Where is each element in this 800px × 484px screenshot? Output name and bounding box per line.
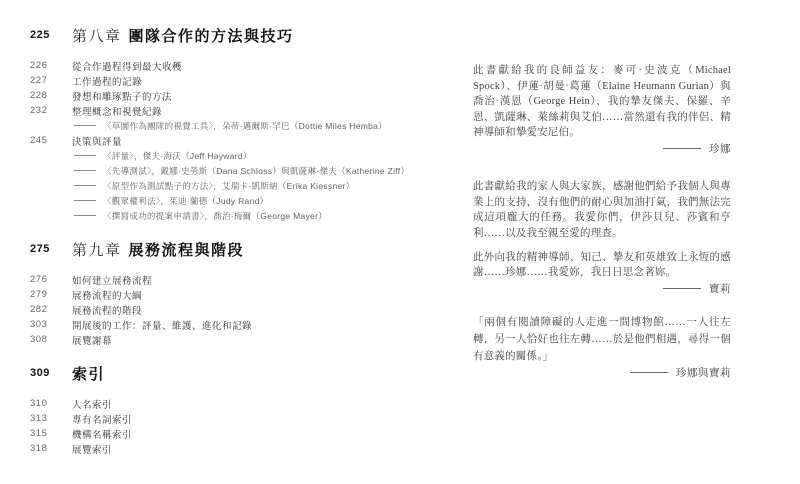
chapter-label: 第八章 <box>72 25 122 46</box>
toc-row-226: 226 從合作過程得到最大收穫 <box>30 58 460 73</box>
toc-entry: 整理概念和視覺紀錄 <box>72 104 162 118</box>
page-number: 310 <box>30 398 72 409</box>
signature-row: 珍娜與寶莉 <box>473 365 731 381</box>
dash-line <box>74 155 96 156</box>
essay-entry: 〈撰寫成功的提案申請書〉，喬治·梅爾（George Mayer） <box>103 210 327 222</box>
dedication-paragraph-3: 此外向我的精神導師、知己、摯友和英雄致上永恆的感謝……珍娜……我愛妳，我日日思念… <box>473 250 731 281</box>
toc-entry: 專有名詞索引 <box>72 412 132 426</box>
toc-essay-row: 〈評量〉，傑夫·海沃（Jeff Hayward） <box>30 148 460 163</box>
toc-essay-row: 〈草圖作為團隊的視覺工具〉，朵蒂·邁爾斯·罕巴（Dottie Miles Hem… <box>30 118 460 133</box>
page-number: 315 <box>30 428 72 439</box>
page-number: 282 <box>30 304 72 315</box>
signature-name: 珍娜 <box>709 141 731 156</box>
page-number: 279 <box>30 289 72 300</box>
table-of-contents: 225 第八章 團隊合作的方法與技巧 226 從合作過程得到最大收穫 227 工… <box>30 24 460 456</box>
toc-entry: 發想和雕琢點子的方法 <box>72 89 172 103</box>
toc-row-313: 313 專有名詞索引 <box>30 411 460 426</box>
page-number: 227 <box>30 75 72 86</box>
page-number: 313 <box>30 413 72 424</box>
toc-row-318: 318 展覽索引 <box>30 441 460 456</box>
dedication-paragraph-2: 此書獻給我的家人與大家族，感謝他們給予我個人與專業上的支持，沒有他們的耐心與加油… <box>473 179 731 241</box>
dash-line <box>74 185 96 186</box>
essay-entry: 〈先導測試〉，戴娜·史勞斯（Dana Schloss）與凱薩琳·傑夫（Kathe… <box>103 165 409 177</box>
signature-row: 寶莉 <box>473 281 731 297</box>
essay-entry: 〈原型作為測試點子的方法〉，艾瑞卡·凱斯納（Erika Kiessner） <box>103 180 354 192</box>
dedication-page: 此書獻給我的良師益友：麥可·史波克（Michael Spock）、伊蓮·胡曼·葛… <box>473 63 731 380</box>
toc-row-227: 227 工作過程的記錄 <box>30 73 460 88</box>
signature-row: 珍娜 <box>473 141 731 157</box>
toc-essay-row: 〈先導測試〉，戴娜·史勞斯（Dana Schloss）與凱薩琳·傑夫（Kathe… <box>30 163 460 178</box>
toc-chapter-row-275: 275 第九章 展務流程與階段 <box>30 238 460 260</box>
toc-row-245: 245 決策與評量 <box>30 133 460 148</box>
toc-essay-row: 〈撰寫成功的提案申請書〉，喬治·梅爾（George Mayer） <box>30 208 460 223</box>
page-number: 309 <box>30 367 72 379</box>
page-number: 308 <box>30 334 72 345</box>
toc-essay-row: 〈原型作為測試點子的方法〉，艾瑞卡·凱斯納（Erika Kiessner） <box>30 178 460 193</box>
page-number: 303 <box>30 319 72 330</box>
dash-line <box>74 125 96 126</box>
page-number: 318 <box>30 443 72 454</box>
toc-row-282: 282 展務流程的階段 <box>30 302 460 317</box>
dash-line <box>74 215 96 216</box>
toc-row-310: 310 人名索引 <box>30 396 460 411</box>
chapter-title: 索引 <box>72 363 105 384</box>
dedication-quote: 「兩個有閱讀障礙的人走進一間博物館……一人往左轉，另一人恰好也往左轉……於是他們… <box>473 314 731 365</box>
toc-entry: 決策與評量 <box>72 134 122 148</box>
toc-entry: 如何建立展務流程 <box>72 273 152 287</box>
page-number: 276 <box>30 274 72 285</box>
toc-entry: 人名索引 <box>72 397 112 411</box>
dash-line <box>74 200 96 201</box>
toc-row-232: 232 整理概念和視覺紀錄 <box>30 103 460 118</box>
signature-dash <box>663 148 701 149</box>
toc-entry: 從合作過程得到最大收穫 <box>72 59 182 73</box>
toc-row-279: 279 展務流程的大綱 <box>30 287 460 302</box>
signature-name: 珍娜與寶莉 <box>676 365 731 380</box>
chapter-label: 第九章 <box>72 239 122 260</box>
toc-row-303: 303 開展後的工作：評量、維護、進化和記錄 <box>30 317 460 332</box>
page-number: 228 <box>30 90 72 101</box>
toc-entry: 展覽謝幕 <box>72 333 112 347</box>
toc-entry: 工作過程的記錄 <box>72 74 142 88</box>
toc-entry: 開展後的工作：評量、維護、進化和記錄 <box>72 318 252 332</box>
signature-dash <box>663 288 701 289</box>
dash-line <box>74 170 96 171</box>
essay-entry: 〈草圖作為團隊的視覺工具〉，朵蒂·邁爾斯·罕巴（Dottie Miles Hem… <box>103 120 387 132</box>
toc-entry: 機構名稱索引 <box>72 427 132 441</box>
toc-chapter-row-225: 225 第八章 團隊合作的方法與技巧 <box>30 24 460 46</box>
toc-chapter-row-309: 309 索引 <box>30 362 460 384</box>
page-number: 245 <box>30 135 72 146</box>
toc-row-315: 315 機構名稱索引 <box>30 426 460 441</box>
signature-dash <box>630 372 668 373</box>
toc-row-276: 276 如何建立展務流程 <box>30 272 460 287</box>
chapter-title: 展務流程與階段 <box>129 239 245 260</box>
toc-entry: 展務流程的大綱 <box>72 288 142 302</box>
toc-row-308: 308 展覽謝幕 <box>30 332 460 347</box>
chapter-title: 團隊合作的方法與技巧 <box>129 25 294 46</box>
toc-entry: 展覽索引 <box>72 442 112 456</box>
essay-entry: 〈觀眾權利法〉，茱迪·蘭德（Judy Rand） <box>103 195 268 207</box>
essay-entry: 〈評量〉，傑夫·海沃（Jeff Hayward） <box>103 150 252 162</box>
page-number: 226 <box>30 60 72 71</box>
toc-row-228: 228 發想和雕琢點子的方法 <box>30 88 460 103</box>
signature-name: 寶莉 <box>709 281 731 296</box>
toc-essay-row: 〈觀眾權利法〉，茱迪·蘭德（Judy Rand） <box>30 193 460 208</box>
page-number: 275 <box>30 243 72 255</box>
page-number: 232 <box>30 105 72 116</box>
dedication-paragraph-1: 此書獻給我的良師益友：麥可·史波克（Michael Spock）、伊蓮·胡曼·葛… <box>473 63 731 141</box>
page-number: 225 <box>30 29 72 41</box>
toc-entry: 展務流程的階段 <box>72 303 142 317</box>
